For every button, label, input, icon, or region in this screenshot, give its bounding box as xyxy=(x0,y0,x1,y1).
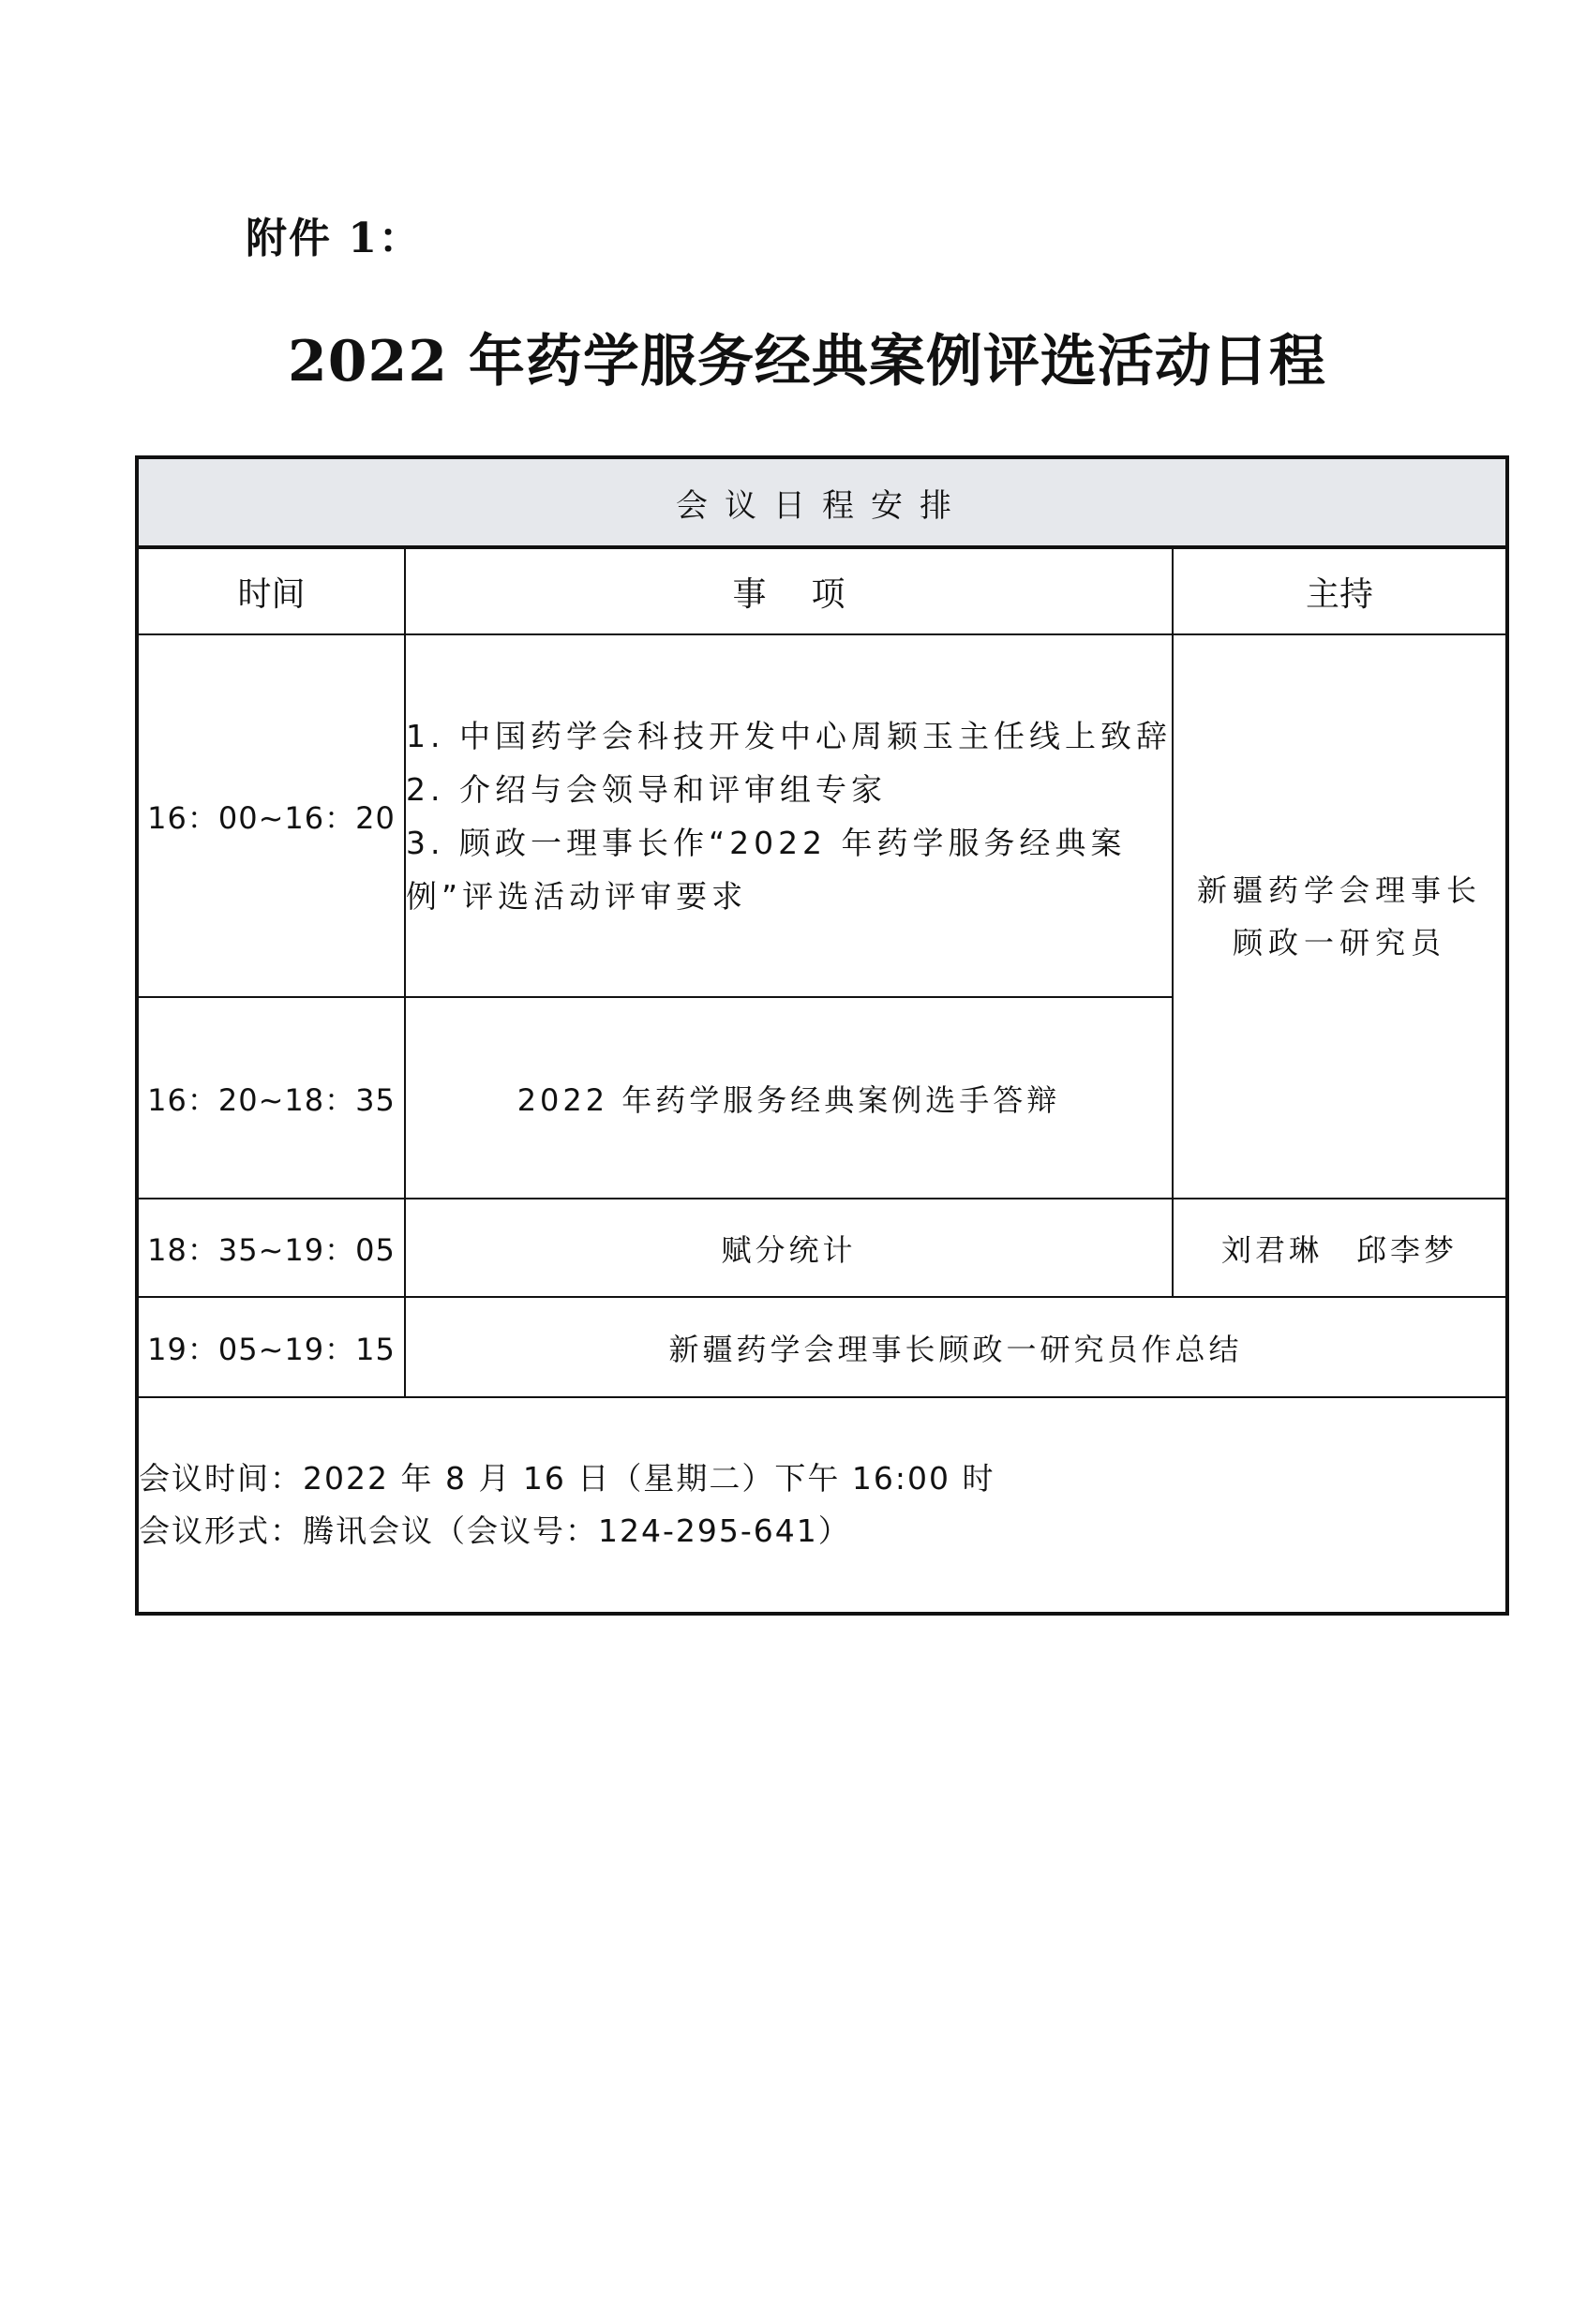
host-cell: 刘君琳 邱李梦 xyxy=(1173,1199,1507,1297)
meeting-time: 会议时间：2022 年 8 月 16 日（星期二）下午 16:00 时 xyxy=(139,1452,1505,1505)
table-row: 16：00~16：20 1. 中国药学会科技开发中心周颖玉主任线上致辞 2. 介… xyxy=(137,634,1507,997)
time-cell: 16：20~18：35 xyxy=(137,997,405,1199)
time-cell: 16：00~16：20 xyxy=(137,634,405,997)
header-time: 时间 xyxy=(137,547,405,634)
agenda-items-cell: 1. 中国药学会科技开发中心周颖玉主任线上致辞 2. 介绍与会领导和评审组专家 … xyxy=(405,634,1173,997)
agenda-item-cell: 2022 年药学服务经典案例选手答辩 xyxy=(405,997,1173,1199)
table-row: 19：05~19：15 新疆药学会理事长顾政一研究员作总结 xyxy=(137,1297,1507,1397)
table-row: 18：35~19：05 赋分统计 刘君琳 邱李梦 xyxy=(137,1199,1507,1297)
agenda-item-cell: 赋分统计 xyxy=(405,1199,1173,1297)
agenda-item: 3. 顾政一理事长作“2022 年药学服务经典案例”评选活动评审要求 xyxy=(406,816,1172,923)
attachment-label: 附件 1： xyxy=(246,204,422,264)
host-line: 新疆药学会理事长 xyxy=(1174,864,1505,916)
meeting-format: 会议形式：腾讯会议（会议号：124-295-641） xyxy=(139,1505,1505,1557)
header-row: 时间 事项 主持 xyxy=(137,547,1507,634)
host-line: 顾政一研究员 xyxy=(1174,916,1505,969)
schedule-table: 会议日程安排 时间 事项 主持 16：00~16：20 1. 中国药学会科技开发… xyxy=(135,455,1509,1616)
header-host: 主持 xyxy=(1173,547,1507,634)
schedule-band-title: 会议日程安排 xyxy=(137,457,1507,547)
time-cell: 18：35~19：05 xyxy=(137,1199,405,1297)
header-item: 事项 xyxy=(405,547,1173,634)
agenda-item: 1. 中国药学会科技开发中心周颖玉主任线上致辞 xyxy=(406,709,1172,763)
time-cell: 19：05~19：15 xyxy=(137,1297,405,1397)
agenda-item: 2. 介绍与会领导和评审组专家 xyxy=(406,763,1172,816)
host-cell-shared: 新疆药学会理事长 顾政一研究员 xyxy=(1173,634,1507,1199)
meeting-notes: 会议时间：2022 年 8 月 16 日（星期二）下午 16:00 时 会议形式… xyxy=(137,1397,1507,1614)
agenda-item-cell: 新疆药学会理事长顾政一研究员作总结 xyxy=(405,1297,1507,1397)
document-title: 2022 年药学服务经典案例评选活动日程 xyxy=(0,317,1586,397)
